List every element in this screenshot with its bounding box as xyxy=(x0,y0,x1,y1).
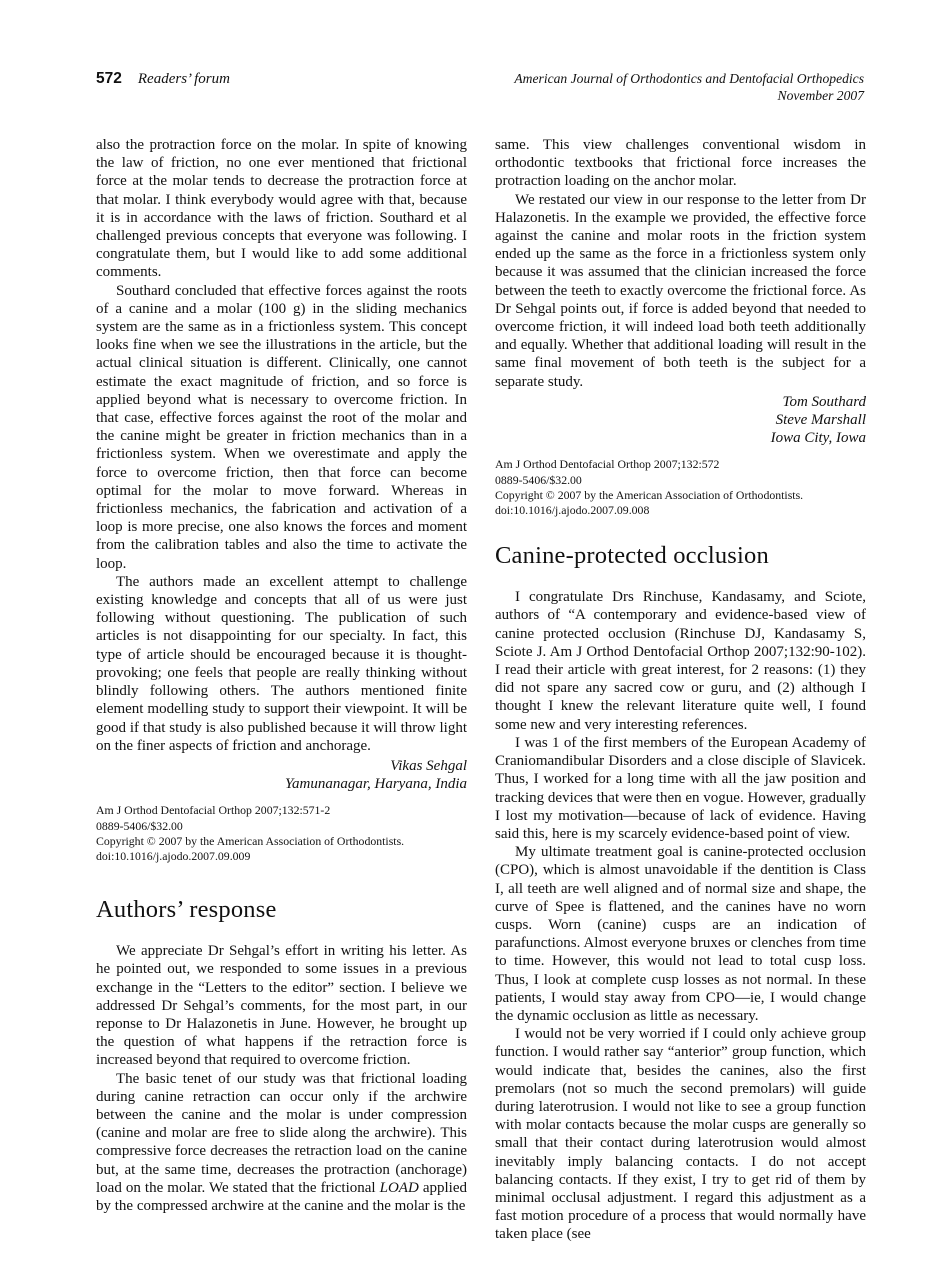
paragraph: I would not be very worried if I could o… xyxy=(495,1025,866,1243)
issue-date: November 2007 xyxy=(514,87,864,104)
section-title: Readers’ forum xyxy=(138,71,230,87)
signature-location: Iowa City, Iowa xyxy=(495,429,866,447)
signature-location: Yamunanagar, Haryana, India xyxy=(96,775,467,793)
header-right: American Journal of Orthodontics and Den… xyxy=(514,70,864,104)
citation-line: 0889-5406/$32.00 xyxy=(96,819,467,834)
citation-line: doi:10.1016/j.ajodo.2007.09.008 xyxy=(495,503,866,518)
citation-block: Am J Orthod Dentofacial Orthop 2007;132:… xyxy=(495,457,866,518)
letter-signature: Tom Southard Steve Marshall Iowa City, I… xyxy=(495,393,866,448)
citation-line: Am J Orthod Dentofacial Orthop 2007;132:… xyxy=(96,803,467,818)
paragraph: The basic tenet of our study was that fr… xyxy=(96,1070,467,1216)
signature-name: Steve Marshall xyxy=(495,411,866,429)
citation-line: Copyright © 2007 by the American Associa… xyxy=(96,834,467,849)
citation-block: Am J Orthod Dentofacial Orthop 2007;132:… xyxy=(96,803,467,864)
letter-signature: Vikas Sehgal Yamunanagar, Haryana, India xyxy=(96,757,467,793)
citation-line: 0889-5406/$32.00 xyxy=(495,473,866,488)
journal-name: American Journal of Orthodontics and Den… xyxy=(514,70,864,87)
page-number: 572 xyxy=(96,70,122,87)
paragraph: same. This view challenges conventional … xyxy=(495,136,866,191)
signature-name: Vikas Sehgal xyxy=(96,757,467,775)
emphasized-word: LOAD xyxy=(380,1180,419,1196)
paragraph: I congratulate Drs Rinchuse, Kandasamy, … xyxy=(495,588,866,734)
two-column-body: also the protraction force on the molar.… xyxy=(96,136,866,1244)
page-header: 572 Readers’ forum American Journal of O… xyxy=(96,70,864,104)
paragraph: We appreciate Dr Sehgal’s effort in writ… xyxy=(96,942,467,1069)
article-heading: Authors’ response xyxy=(96,896,467,924)
paragraph-text: The basic tenet of our study was that fr… xyxy=(96,1071,467,1196)
left-column: also the protraction force on the molar.… xyxy=(96,136,467,1244)
citation-line: Copyright © 2007 by the American Associa… xyxy=(495,488,866,503)
citation-line: doi:10.1016/j.ajodo.2007.09.009 xyxy=(96,849,467,864)
header-left: 572 Readers’ forum xyxy=(96,70,230,88)
paragraph: My ultimate treatment goal is canine-pro… xyxy=(495,843,866,1025)
paragraph: Southard concluded that effective forces… xyxy=(96,282,467,573)
journal-page: 572 Readers’ forum American Journal of O… xyxy=(0,0,950,1272)
citation-line: Am J Orthod Dentofacial Orthop 2007;132:… xyxy=(495,457,866,472)
paragraph: I was 1 of the first members of the Euro… xyxy=(495,734,866,843)
right-column: same. This view challenges conventional … xyxy=(495,136,866,1244)
paragraph: also the protraction force on the molar.… xyxy=(96,136,467,282)
paragraph: The authors made an excellent attempt to… xyxy=(96,573,467,755)
signature-name: Tom Southard xyxy=(495,393,866,411)
paragraph: We restated our view in our response to … xyxy=(495,191,866,391)
article-heading: Canine-protected occlusion xyxy=(495,542,866,570)
